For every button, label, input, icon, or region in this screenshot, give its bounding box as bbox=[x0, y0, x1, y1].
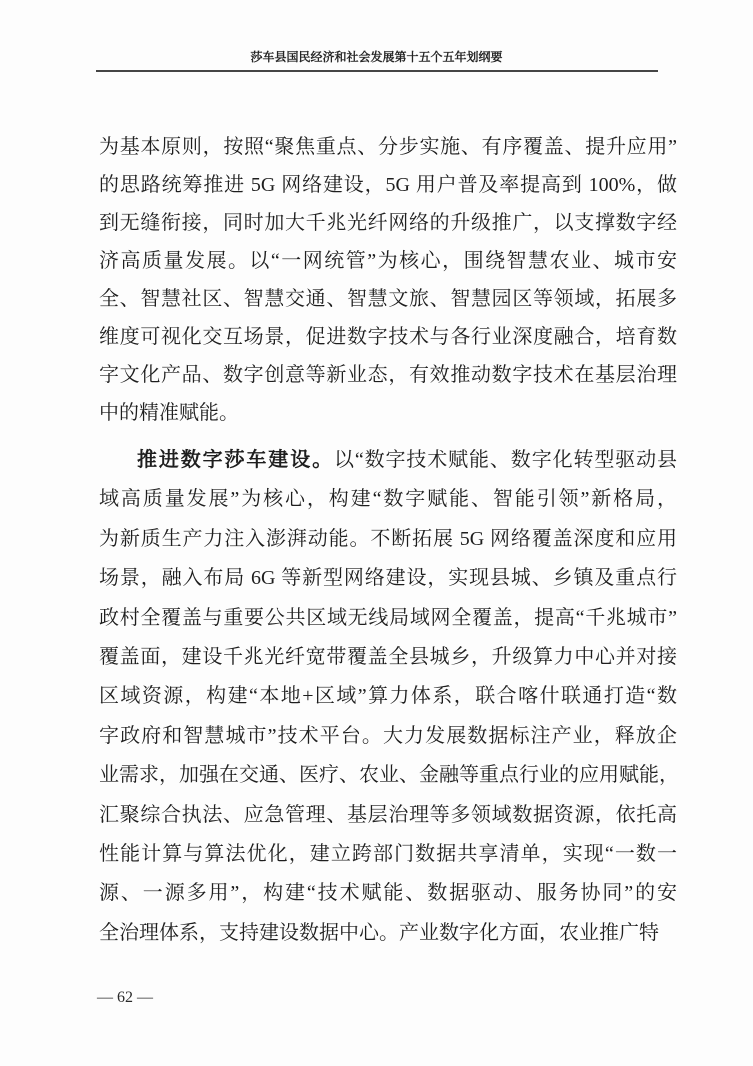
document-page: 莎车县国民经济和社会发展第十五个五年划纲要 为基本原则，按照“聚焦重点、分步实施… bbox=[0, 0, 753, 1066]
body-line: 为新质生产力注入澎湃动能。不断拓展 5G 网络覆盖深度和应用 bbox=[99, 520, 677, 559]
body-line: 全治理体系，支持建设数据中心。产业数字化方面，农业推广特 bbox=[99, 914, 677, 953]
body-line: 到无缝衔接，同时加大千兆光纤网络的升级推广，以支撑数字经 bbox=[99, 204, 677, 242]
body-text: 全、智慧社区、智慧交通、智慧文旅、智慧园区等领域，拓展多 bbox=[99, 288, 677, 310]
body-text: 区域资源，构建“本地+区域”算力体系，联合喀什联通打造“数 bbox=[99, 685, 677, 707]
body-text: 源、一源多用”，构建“技术赋能、数据驱动、服务协同”的安 bbox=[99, 882, 677, 904]
body-line: 区域资源，构建“本地+区域”算力体系，联合喀什联通打造“数 bbox=[99, 677, 677, 716]
body-line: 的思路统筹推进 5G 网络建设，5G 用户普及率提高到 100%，做 bbox=[99, 166, 677, 204]
body-line: 全、智慧社区、智慧交通、智慧文旅、智慧园区等领域，拓展多 bbox=[99, 280, 677, 318]
body-text: 的思路统筹推进 5G 网络建设，5G 用户普及率提高到 100%，做 bbox=[99, 174, 677, 196]
page-number: — 62 — bbox=[97, 988, 153, 1008]
body-text: 中的精准赋能。 bbox=[99, 402, 239, 424]
body-text: 性能计算与算法优化，建立跨部门数据共享清单，实现“一数一 bbox=[99, 843, 677, 865]
body-line: 济高质量发展。以“一网统管”为核心，围绕智慧农业、城市安 bbox=[99, 242, 677, 280]
body-text: 以“数字技术赋能、数字化转型驱动县 bbox=[334, 449, 677, 471]
header-rule bbox=[96, 70, 658, 72]
body-line: 为基本原则，按照“聚焦重点、分步实施、有序覆盖、提升应用” bbox=[99, 128, 677, 166]
body-line: 字政府和智慧城市”技术平台。大力发展数据标注产业，释放企 bbox=[99, 717, 677, 756]
body-text: 覆盖面，建设千兆光纤宽带覆盖全县城乡，升级算力中心并对接 bbox=[99, 646, 677, 668]
running-header-title: 莎车县国民经济和社会发展第十五个五年划纲要 bbox=[0, 50, 753, 65]
body-line: 源、一源多用”，构建“技术赋能、数据驱动、服务协同”的安 bbox=[99, 874, 677, 913]
body-line: 覆盖面，建设千兆光纤宽带覆盖全县城乡，升级算力中心并对接 bbox=[99, 638, 677, 677]
body-line: 维度可视化交互场景，促进数字技术与各行业深度融合，培育数 bbox=[99, 318, 677, 356]
body-text: 济高质量发展。以“一网统管”为核心，围绕智慧农业、城市安 bbox=[99, 250, 677, 272]
document-body: 为基本原则，按照“聚焦重点、分步实施、有序覆盖、提升应用”的思路统筹推进 5G … bbox=[99, 128, 677, 953]
body-line: 域高质量发展”为核心，构建“数字赋能、智能引领”新格局， bbox=[99, 480, 677, 519]
body-text: 域高质量发展”为核心，构建“数字赋能、智能引领”新格局， bbox=[99, 488, 677, 510]
body-line: 性能计算与算法优化，建立跨部门数据共享清单，实现“一数一 bbox=[99, 835, 677, 874]
body-line: 推进数字莎车建设。以“数字技术赋能、数字化转型驱动县 bbox=[99, 441, 677, 480]
body-text: 汇聚综合执法、应急管理、基层治理等多领域数据资源，依托高 bbox=[99, 804, 677, 826]
body-text: 场景，融入布局 6G 等新型网络建设，实现县城、乡镇及重点行 bbox=[99, 567, 677, 589]
bold-lead-in-text: 推进数字莎车建设。 bbox=[137, 449, 334, 471]
body-line: 场景，融入布局 6G 等新型网络建设，实现县城、乡镇及重点行 bbox=[99, 559, 677, 598]
body-text: 为新质生产力注入澎湃动能。不断拓展 5G 网络覆盖深度和应用 bbox=[99, 528, 677, 550]
body-line: 汇聚综合执法、应急管理、基层治理等多领域数据资源，依托高 bbox=[99, 796, 677, 835]
body-line: 业需求，加强在交通、医疗、农业、金融等重点行业的应用赋能， bbox=[99, 756, 677, 795]
body-text: 到无缝衔接，同时加大千兆光纤网络的升级推广，以支撑数字经 bbox=[99, 212, 677, 234]
body-text: 全治理体系，支持建设数据中心。产业数字化方面，农业推广特 bbox=[99, 922, 659, 944]
body-text: 政村全覆盖与重要公共区域无线局域网全覆盖，提高“千兆城市” bbox=[99, 607, 677, 629]
body-line: 字文化产品、数字创意等新业态，有效推动数字技术在基层治理 bbox=[99, 356, 677, 394]
body-text: 业需求，加强在交通、医疗、农业、金融等重点行业的应用赋能， bbox=[99, 764, 679, 786]
body-text: 维度可视化交互场景，促进数字技术与各行业深度融合，培育数 bbox=[99, 326, 677, 348]
body-line: 政村全覆盖与重要公共区域无线局域网全覆盖，提高“千兆城市” bbox=[99, 599, 677, 638]
body-text: 字政府和智慧城市”技术平台。大力发展数据标注产业，释放企 bbox=[99, 725, 677, 747]
para-5g-network: 为基本原则，按照“聚焦重点、分步实施、有序覆盖、提升应用”的思路统筹推进 5G … bbox=[99, 128, 677, 432]
para-digital-shache: 推进数字莎车建设。以“数字技术赋能、数字化转型驱动县域高质量发展”为核心，构建“… bbox=[99, 441, 677, 953]
body-text: 字文化产品、数字创意等新业态，有效推动数字技术在基层治理 bbox=[99, 364, 677, 386]
body-line: 中的精准赋能。 bbox=[99, 394, 677, 432]
body-text: 为基本原则，按照“聚焦重点、分步实施、有序覆盖、提升应用” bbox=[99, 136, 677, 158]
